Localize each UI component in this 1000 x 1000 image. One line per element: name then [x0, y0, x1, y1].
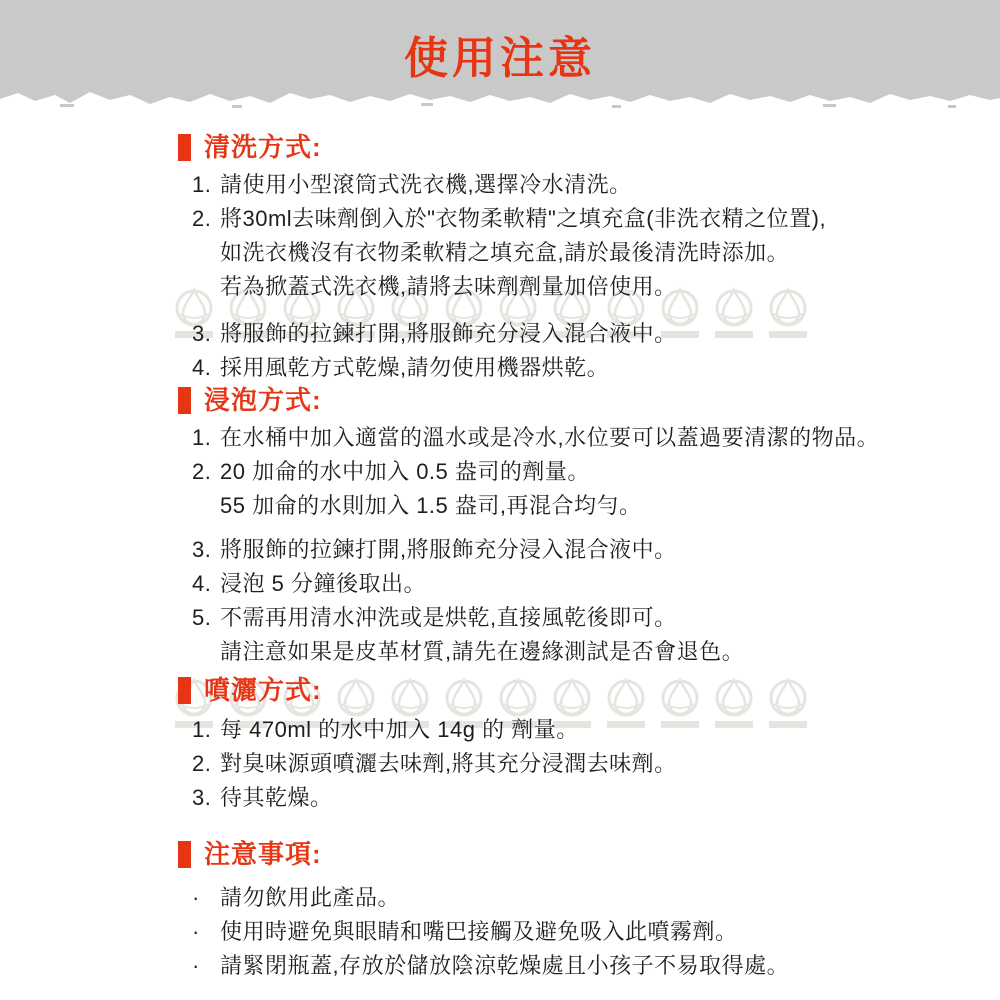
section-soaking: 浸泡方式: 1. 在水桶中加入適當的溫水或是冷水,水位要可以蓋過要清潔的物品。 …: [178, 385, 960, 669]
section-spraying: 噴灑方式: 1. 每 470ml 的水中加入 14g 的 劑量。 2. 對臭味源…: [178, 675, 960, 815]
list-item-text: 將服飾的拉鍊打開,將服飾充分浸入混合液中。: [220, 533, 960, 567]
list-item-marker: 3.: [192, 781, 220, 815]
list-item-text: 浸泡 5 分鐘後取出。: [220, 567, 960, 601]
list-item-continuation: 如洗衣機沒有衣物柔軟精之填充盒,請於最後清洗時添加。: [192, 236, 960, 270]
list-item-marker: 4.: [192, 351, 220, 385]
list-item-text: 將服飾的拉鍊打開,將服飾充分浸入混合液中。: [220, 317, 960, 351]
list-item-text: 55 加侖的水則加入 1.5 盎司,再混合均勻。: [220, 489, 960, 523]
section-heading-label: 噴灑方式:: [204, 675, 322, 705]
list-item-marker: 2.: [192, 747, 220, 781]
list-item-text: 請緊閉瓶蓋,存放於儲放陰涼乾燥處且小孩子不易取得處。: [220, 949, 960, 983]
section-precautions: 注意事項: · 請勿飲用此產品。 · 使用時避免與眼睛和嘴巴接觸及避免吸入此噴霧…: [178, 839, 960, 983]
list-item-text: 每 470ml 的水中加入 14g 的 劑量。: [220, 713, 960, 747]
list-item-bullet: ·: [192, 915, 220, 949]
list-item-text: 不需再用清水沖洗或是烘乾,直接風乾後即可。: [220, 601, 960, 635]
red-bar-bullet-icon: [178, 677, 191, 704]
list-item-text: 20 加侖的水中加入 0.5 盎司的劑量。: [220, 455, 960, 489]
list-item: 2. 將30ml去味劑倒入於"衣物柔軟精"之填充盒(非洗衣精之位置),: [192, 202, 960, 236]
list-item-bullet: ·: [192, 949, 220, 983]
list-item-continuation: 55 加侖的水則加入 1.5 盎司,再混合均勻。: [192, 489, 960, 523]
list-item: 1. 每 470ml 的水中加入 14g 的 劑量。: [192, 713, 960, 747]
list-item-marker: 1.: [192, 168, 220, 202]
list-item: 2. 對臭味源頭噴灑去味劑,將其充分浸潤去味劑。: [192, 747, 960, 781]
list-item: · 請緊閉瓶蓋,存放於儲放陰涼乾燥處且小孩子不易取得處。: [192, 949, 960, 983]
list-item-text: 請勿飲用此產品。: [220, 881, 960, 915]
list-item-marker: 2.: [192, 202, 220, 236]
list-item: 1. 請使用小型滾筒式洗衣機,選擇冷水清洗。: [192, 168, 960, 202]
red-bar-bullet-icon: [178, 841, 191, 868]
section-heading-label: 注意事項:: [204, 839, 322, 869]
list-item-text: 在水桶中加入適當的溫水或是冷水,水位要可以蓋過要清潔的物品。: [220, 421, 960, 455]
list-item-text: 若為掀蓋式洗衣機,請將去味劑劑量加倍使用。: [220, 270, 960, 304]
list-item-marker: 3.: [192, 317, 220, 351]
list-item-marker: 2.: [192, 455, 220, 489]
list-item-marker: 5.: [192, 601, 220, 635]
page-title: 使用注意: [0, 0, 1000, 86]
list-item: 5. 不需再用清水沖洗或是烘乾,直接風乾後即可。: [192, 601, 960, 635]
list-item: 2. 20 加侖的水中加入 0.5 盎司的劑量。: [192, 455, 960, 489]
red-bar-bullet-icon: [178, 387, 191, 414]
list-item-marker: 4.: [192, 567, 220, 601]
section-washing: 清洗方式: 1. 請使用小型滾筒式洗衣機,選擇冷水清洗。 2. 將30ml去味劑…: [178, 132, 960, 385]
list-item-text: 使用時避免與眼睛和嘴巴接觸及避免吸入此噴霧劑。: [220, 915, 960, 949]
list-item: 3. 待其乾燥。: [192, 781, 960, 815]
list-item-marker: [192, 236, 220, 270]
list-item-text: 請使用小型滾筒式洗衣機,選擇冷水清洗。: [220, 168, 960, 202]
list-item-marker: 1.: [192, 421, 220, 455]
section-heading: 注意事項:: [178, 839, 960, 869]
list-item-marker: 3.: [192, 533, 220, 567]
list-item: 3. 將服飾的拉鍊打開,將服飾充分浸入混合液中。: [192, 317, 960, 351]
list-item-text: 待其乾燥。: [220, 781, 960, 815]
section-heading: 清洗方式:: [178, 132, 960, 162]
list-item: · 請勿飲用此產品。: [192, 881, 960, 915]
section-heading-label: 清洗方式:: [204, 132, 322, 162]
list-item: · 使用時避免與眼睛和嘴巴接觸及避免吸入此噴霧劑。: [192, 915, 960, 949]
instructions-body: 清洗方式: 1. 請使用小型滾筒式洗衣機,選擇冷水清洗。 2. 將30ml去味劑…: [0, 132, 1000, 983]
list-item: 4. 浸泡 5 分鐘後取出。: [192, 567, 960, 601]
red-bar-bullet-icon: [178, 134, 191, 161]
section-heading: 噴灑方式:: [178, 675, 960, 705]
list-item: 4. 採用風乾方式乾燥,請勿使用機器烘乾。: [192, 351, 960, 385]
list-item: 3. 將服飾的拉鍊打開,將服飾充分浸入混合液中。: [192, 533, 960, 567]
list-item-text: 請注意如果是皮革材質,請先在邊緣測試是否會退色。: [220, 635, 960, 669]
list-item-text: 對臭味源頭噴灑去味劑,將其充分浸潤去味劑。: [220, 747, 960, 781]
list-item-bullet: ·: [192, 881, 220, 915]
list-item-marker: [192, 270, 220, 304]
list-item-marker: [192, 635, 220, 669]
torn-paper-edge: [0, 89, 1000, 113]
list-item: 1. 在水桶中加入適當的溫水或是冷水,水位要可以蓋過要清潔的物品。: [192, 421, 960, 455]
list-item-marker: 1.: [192, 713, 220, 747]
list-item-text: 採用風乾方式乾燥,請勿使用機器烘乾。: [220, 351, 960, 385]
list-item-continuation: 若為掀蓋式洗衣機,請將去味劑劑量加倍使用。: [192, 270, 960, 304]
section-heading: 浸泡方式:: [178, 385, 960, 415]
list-item-marker: [192, 489, 220, 523]
section-heading-label: 浸泡方式:: [204, 385, 322, 415]
list-item-continuation: 請注意如果是皮革材質,請先在邊緣測試是否會退色。: [192, 635, 960, 669]
list-item-text: 如洗衣機沒有衣物柔軟精之填充盒,請於最後清洗時添加。: [220, 236, 960, 270]
list-item-text: 將30ml去味劑倒入於"衣物柔軟精"之填充盒(非洗衣精之位置),: [220, 202, 960, 236]
header-band: 使用注意: [0, 0, 1000, 112]
